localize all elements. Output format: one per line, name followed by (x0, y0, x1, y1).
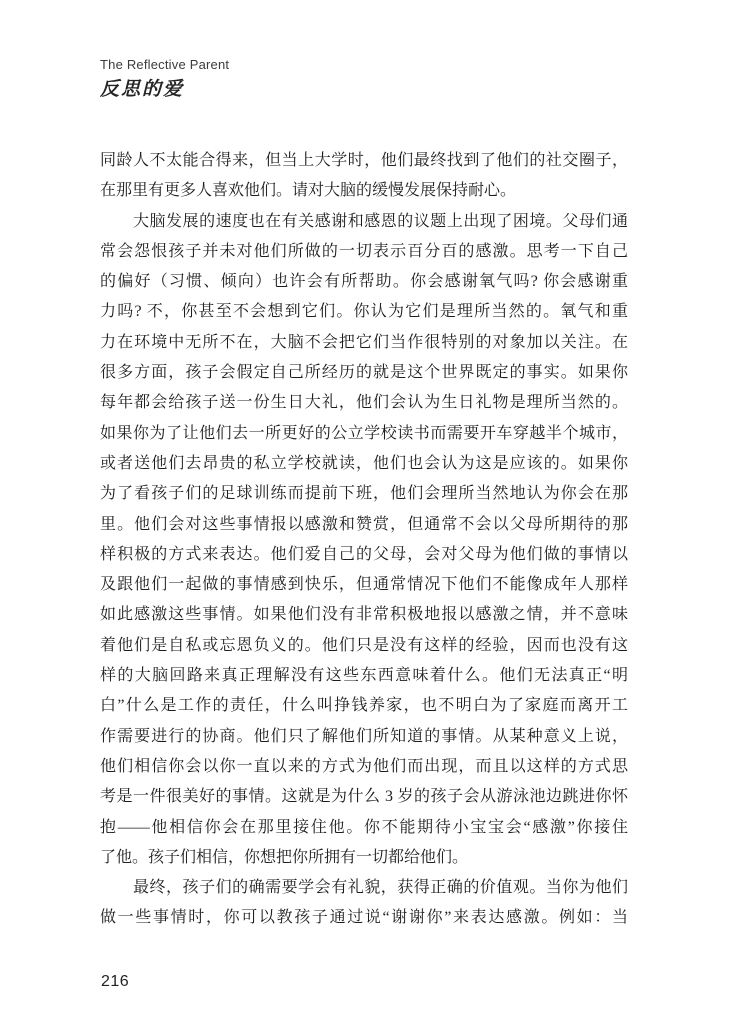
text-line: 了他。孩子们相信，你想把你所拥有一切都给他们。 (100, 843, 628, 873)
text-line: 每年都会给孩子送一份生日大礼，他们会认为生日礼物是理所当然的。 (100, 388, 628, 418)
text-line: 抱——他相信你会在那里接住他。你不能期待小宝宝会“感激”你接住 (100, 813, 628, 843)
text-line: 着他们是自私或忘恩负义的。他们只是没有这样的经验，因而也没有这 (100, 631, 628, 661)
running-header: The Reflective Parent 反思的爱 (100, 57, 229, 102)
paragraph: 最终，孩子们的确需要学会有礼貌，获得正确的价值观。当你为他们做一些事情时，你可以… (100, 873, 628, 934)
paragraph: 大脑发展的速度也在有关感谢和感恩的议题上出现了困境。父母们通常会怨恨孩子并未对他… (100, 207, 628, 874)
text-line: 为了看孩子们的足球训练而提前下班，他们会理所当然地认为你会在那 (100, 479, 628, 509)
text-line: 及跟他们一起做的事情感到快乐，但通常情况下他们不能像成年人那样 (100, 570, 628, 600)
text-line: 很多方面，孩子会假定自己所经历的就是这个世界既定的事实。如果你 (100, 358, 628, 388)
page-number: 216 (101, 972, 129, 991)
running-header-book-title: The Reflective Parent (100, 57, 229, 73)
text-line: 做一些事情时，你可以教孩子通过说“谢谢你”来表达感激。例如：当 (100, 903, 628, 933)
running-header-chapter-title: 反思的爱 (100, 78, 229, 102)
text-line: 最终，孩子们的确需要学会有礼貌，获得正确的价值观。当你为他们 (100, 873, 628, 903)
text-line: 样积极的方式来表达。他们爱自己的父母，会对父母为他们做的事情以 (100, 540, 628, 570)
text-line: 他们相信你会以你一直以来的方式为他们而出现，而且以这样的方式思 (100, 752, 628, 782)
book-page: The Reflective Parent 反思的爱 同龄人不太能合得来，但当上… (0, 0, 730, 1031)
body-text: 同龄人不太能合得来，但当上大学时，他们最终找到了他们的社交圈子，在那里有更多人喜… (100, 146, 628, 934)
text-line: 样的大脑回路来真正理解没有这些东西意味着什么。他们无法真正“明 (100, 661, 628, 691)
text-line: 或者送他们去昂贵的私立学校就读，他们也会认为这是应该的。如果你 (100, 449, 628, 479)
text-line: 大脑发展的速度也在有关感谢和感恩的议题上出现了困境。父母们通 (100, 207, 628, 237)
text-line: 常会怨恨孩子并未对他们所做的一切表示百分百的感激。思考一下自己 (100, 237, 628, 267)
text-line: 白”什么是工作的责任，什么叫挣钱养家，也不明白为了家庭而离开工 (100, 691, 628, 721)
paragraph: 同龄人不太能合得来，但当上大学时，他们最终找到了他们的社交圈子，在那里有更多人喜… (100, 146, 628, 207)
text-line: 考是一件很美好的事情。这就是为什么 3 岁的孩子会从游泳池边跳进你怀 (100, 782, 628, 812)
text-line: 力吗? 不，你甚至不会想到它们。你认为它们是理所当然的。氧气和重 (100, 297, 628, 327)
text-line: 作需要进行的协商。他们只了解他们所知道的事情。从某种意义上说， (100, 722, 628, 752)
text-line: 力在环境中无所不在，大脑不会把它们当作很特别的对象加以关注。在 (100, 328, 628, 358)
text-line: 如此感激这些事情。如果他们没有非常积极地报以感激之情，并不意味 (100, 600, 628, 630)
text-line: 里。他们会对这些事情报以感激和赞赏，但通常不会以父母所期待的那 (100, 510, 628, 540)
text-line: 同龄人不太能合得来，但当上大学时，他们最终找到了他们的社交圈子， (100, 146, 628, 176)
text-line: 在那里有更多人喜欢他们。请对大脑的缓慢发展保持耐心。 (100, 176, 628, 206)
text-line: 如果你为了让他们去一所更好的公立学校读书而需要开车穿越半个城市， (100, 419, 628, 449)
text-line: 的偏好（习惯、倾向）也许会有所帮助。你会感谢氧气吗? 你会感谢重 (100, 267, 628, 297)
